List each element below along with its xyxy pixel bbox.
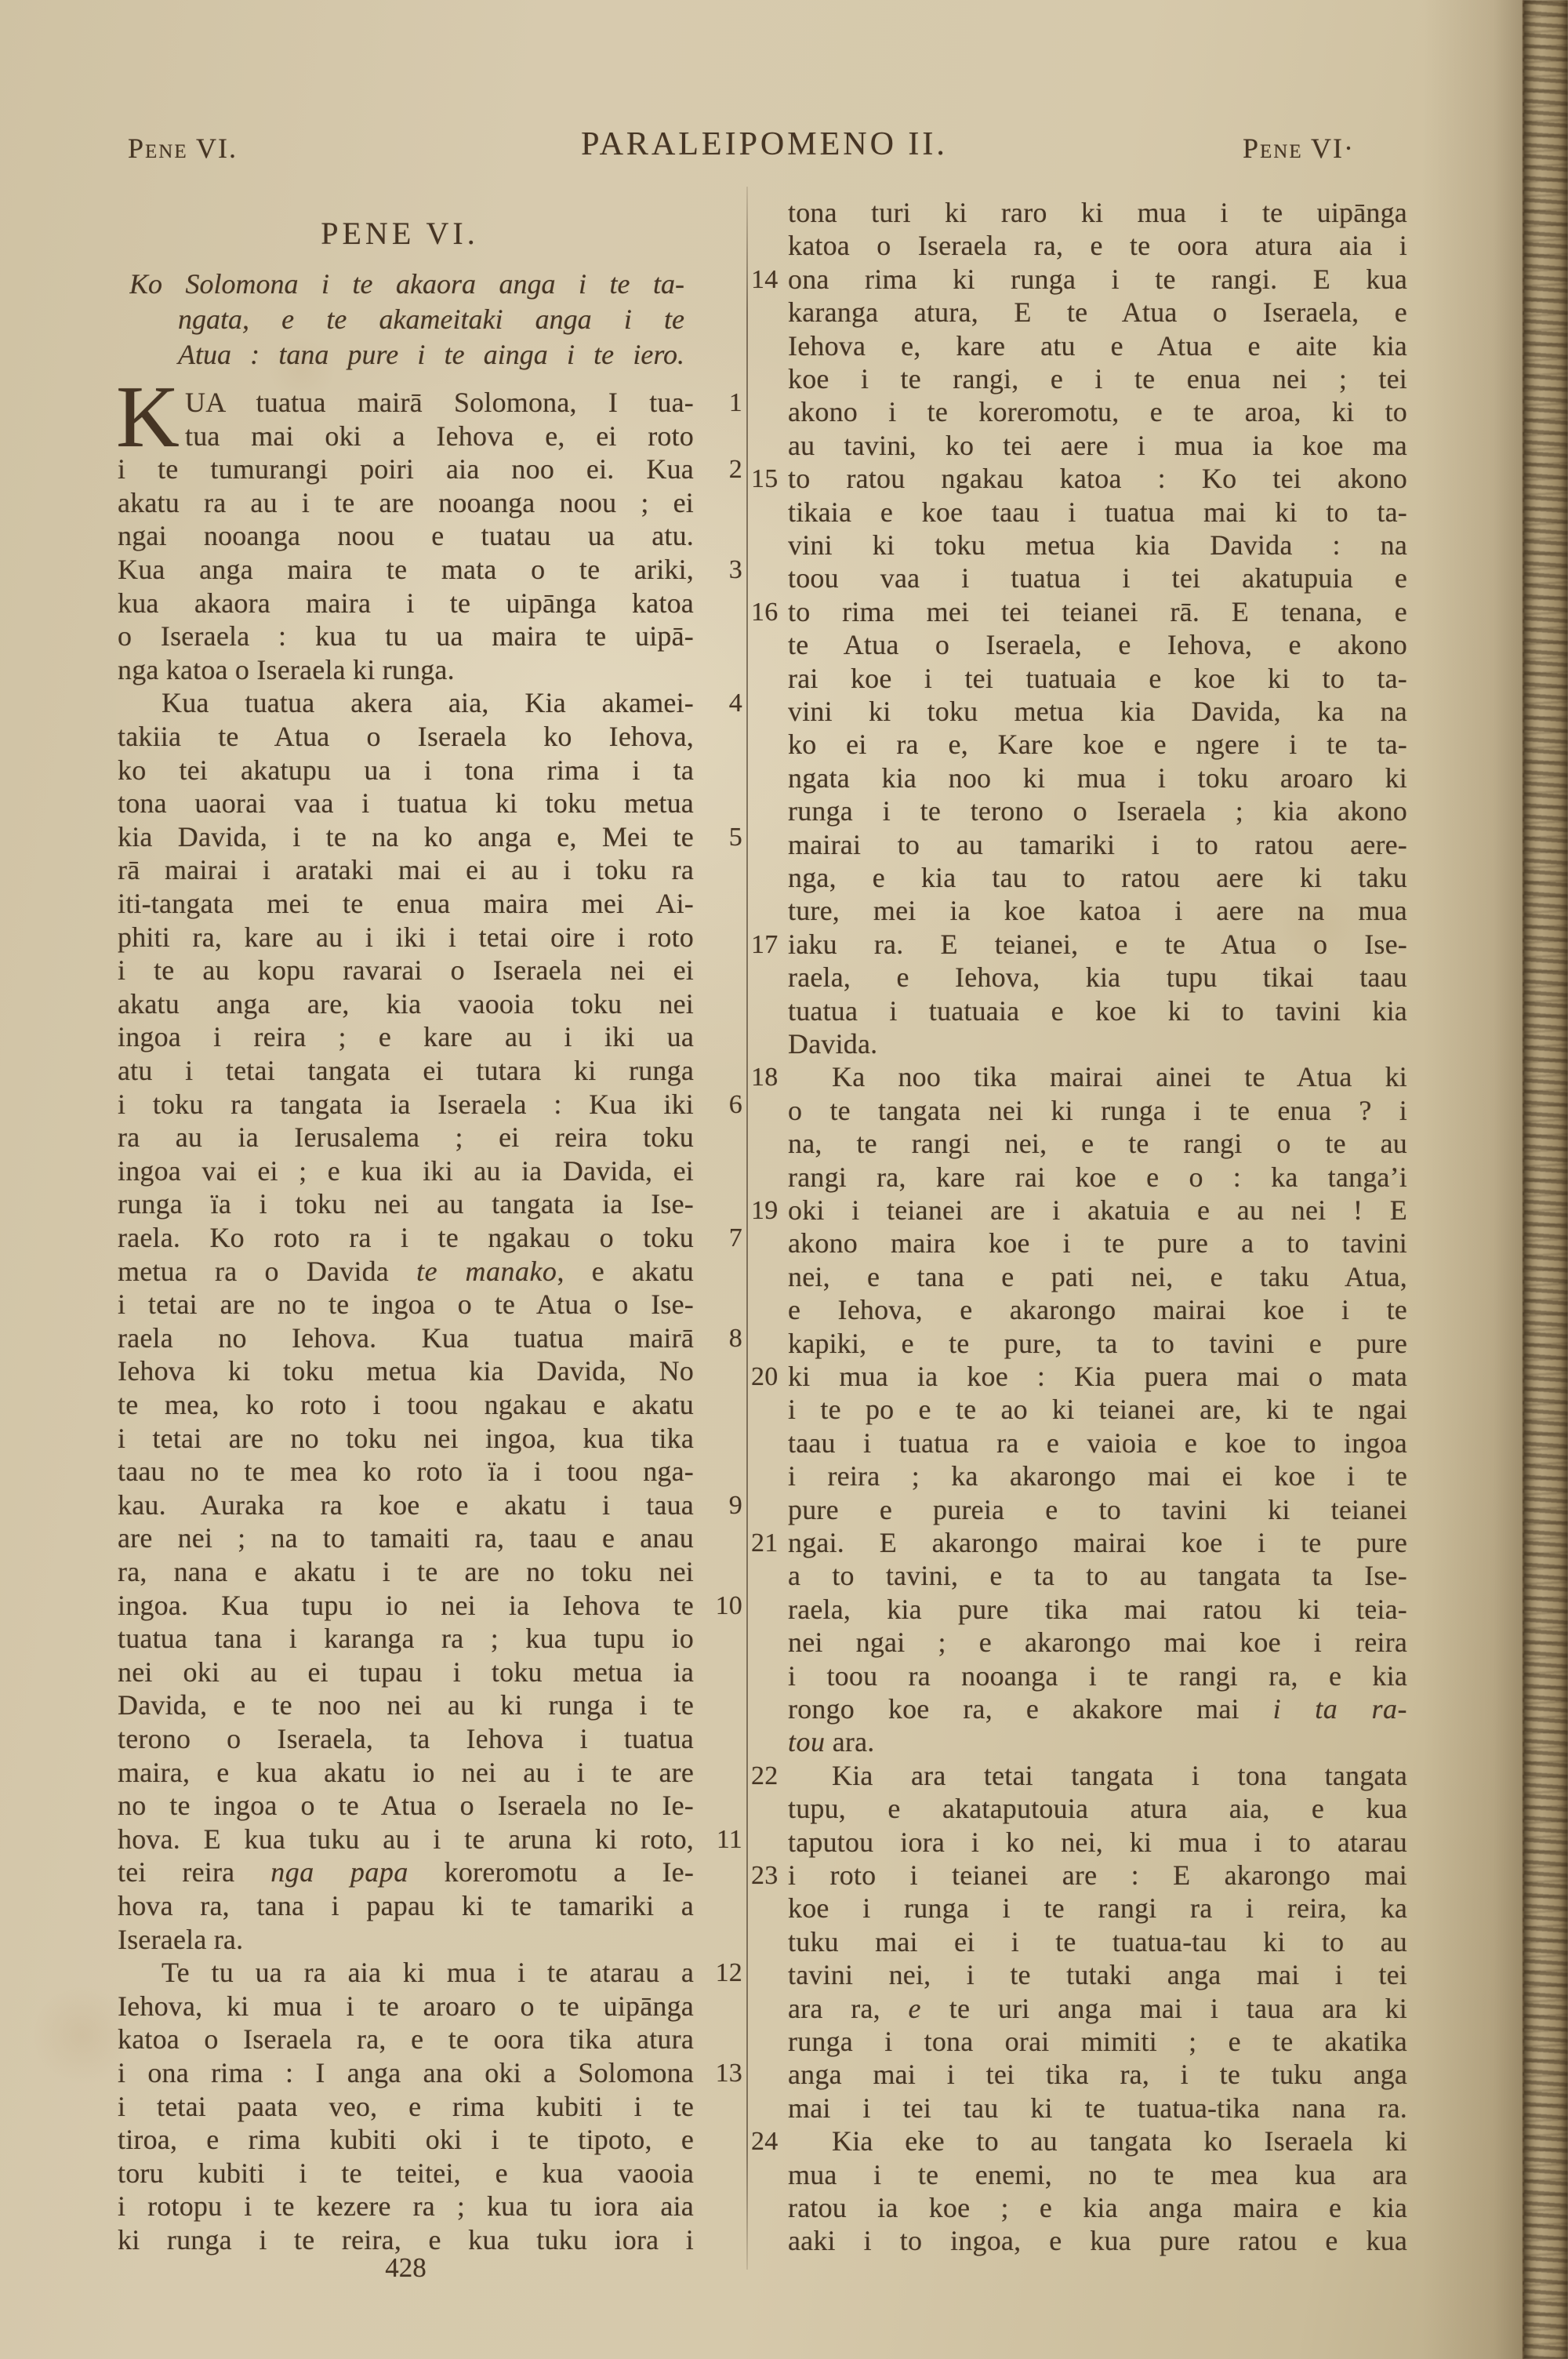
text-line: ngai nooanga noou e tuatau ua atu.: [118, 519, 694, 553]
verse-number: 8: [702, 1321, 742, 1355]
text-line: Kua tuatua akera aia, Kia akamei-: [118, 686, 694, 720]
text-line: to ratou ngakau katoa : Ko tei akono: [788, 462, 1407, 496]
text-line: ona rima ki runga i te rangi. E kua: [788, 263, 1407, 296]
text-line: vini ki toku metua kia Davida, ka na: [788, 695, 1407, 729]
text-line: tuatua i tuatuaia e koe ki to tavini kia: [788, 994, 1407, 1028]
text-line: rangi ra, kare rai koe e o : ka tanga’i: [788, 1161, 1407, 1194]
text-line: takiia te Atua o Iseraela ko Iehova,: [118, 720, 694, 754]
verse-number: 6: [702, 1088, 742, 1121]
verse-number: 1: [702, 386, 742, 420]
running-head-title: PARALEIPOMENO II.: [118, 125, 1411, 163]
text-line: tua mai oki a Iehova e, ei roto: [118, 420, 694, 453]
verse-number: 10: [702, 1589, 742, 1623]
verse-number: 17: [751, 928, 784, 961]
text-line: pure e pureia e to tavini ki teianei: [788, 1493, 1407, 1527]
text-line: i te au kopu ravarai o Iseraela nei ei: [118, 954, 694, 987]
text-line: akatu anga are, kia vaooia toku nei: [118, 987, 694, 1021]
text-line: rā mairai i arataki mai ei au i toku ra: [118, 853, 694, 887]
column-divider-rule: [746, 187, 748, 2270]
text-line: Iehova e, kare atu e Atua e aite kia: [788, 329, 1407, 363]
page-curve-shadow: [1422, 0, 1524, 2359]
text-line: ko ei ra e, Kare koe e ngere i te ta-: [788, 728, 1407, 761]
text-line: tei reira nga papa koreromotu a Ie-: [118, 1856, 694, 1889]
text-line: ingoa i reira ; e kare au i iki ua: [118, 1020, 694, 1054]
page-number: 428: [118, 2252, 694, 2284]
text-line: te Atua o Iseraela, e Iehova, e akono: [788, 628, 1407, 662]
text-line: tavini nei, i te tutaki anga mai i tei: [788, 1958, 1407, 1992]
verse-number: 7: [702, 1221, 742, 1255]
text-line: ko tei akatupu ua i tona rima i ta: [118, 754, 694, 787]
text-line: phiti ra, kare au i iki i tetai oire i r…: [118, 921, 694, 954]
text-line: tona turi ki raro ki mua i te uipānga: [788, 196, 1407, 230]
text-line: iaku ra. E teianei, e te Atua o Ise-: [788, 928, 1407, 961]
text-line: i toou ra nooanga i te rangi ra, e kia: [788, 1659, 1407, 1693]
verse-number: 11: [702, 1823, 742, 1856]
chapter-summary: Ko Solomona i te akaora anga i te ta-nga…: [129, 267, 684, 373]
text-line: rai koe i tei tuatuaia e koe ki to ta-: [788, 662, 1407, 696]
verse-number: 23: [751, 1859, 784, 1892]
text-line: Davida.: [788, 1027, 1407, 1061]
text-line: au tavini, ko tei aere i mua ia koe ma: [788, 429, 1407, 463]
chapter-heading: PENE VI.: [118, 215, 682, 252]
text-line: akatu ra au i te are nooanga noou ; ei: [118, 486, 694, 520]
text-line: toou vaa i tuatua i tei akatupuia e: [788, 562, 1407, 595]
text-line: te mea, ko roto i toou ngakau e akatu: [118, 1388, 694, 1422]
text-line: tikaia e koe taau i tuatua mai ki to ta-: [788, 496, 1407, 529]
text-line: Kia eke to au tangata ko Iseraela ki: [788, 2125, 1407, 2158]
text-line: i rotopu i te kezere ra ; kua tu iora ai…: [118, 2190, 694, 2223]
text-line: taputou iora i ko nei, ki mua i to atara…: [788, 1826, 1407, 1859]
text-line: raela, e Iehova, kia tupu tikai taau: [788, 961, 1407, 994]
text-line: i tetai are no te ingoa o te Atua o Ise-: [118, 1288, 694, 1321]
text-line: tiroa, e rima kubiti oki i te tipoto, e: [118, 2123, 694, 2157]
summary-line: ngata, e te akameitaki anga i te: [129, 302, 684, 337]
verse-number: 13: [702, 2056, 742, 2090]
book-page-scan: Pene VI. PARALEIPOMENO II. Pene VI· PENE…: [0, 0, 1568, 2359]
text-line: tuatua tana i karanga ra ; kua tupu io: [118, 1622, 694, 1656]
text-line: tou ara.: [788, 1725, 1407, 1759]
text-line: are nei ; na to tamaiti ra, taau e anau: [118, 1521, 694, 1555]
verse-number: 21: [751, 1526, 784, 1560]
text-line: akono maira koe i te pure a to tavini: [788, 1227, 1407, 1260]
text-line: mai i tei tau ki te tuatua-tika nana ra.: [788, 2092, 1407, 2125]
text-line: anga mai i tei tika ra, i te tuku anga: [788, 2058, 1407, 2092]
verse-number: 14: [751, 263, 784, 296]
text-line: i tetai paata veo, e rima kubiti i te: [118, 2090, 694, 2124]
text-line: vini ki toku metua kia Davida : na: [788, 529, 1407, 562]
text-line: aaki i to ingoa, e kua pure ratou e kua: [788, 2224, 1407, 2258]
text-line: toru kubiti i te teitei, e kua vaooia: [118, 2157, 694, 2190]
text-line: hova. E kua tuku au i te aruna ki roto,: [118, 1823, 694, 1856]
verse-number: 19: [751, 1194, 784, 1227]
text-line: no te ingoa o te Atua o Iseraela no Ie-: [118, 1789, 694, 1823]
text-line: ra, nana e akatu i te are no toku nei: [118, 1555, 694, 1589]
text-line: Ka noo tika mairai ainei te Atua ki: [788, 1060, 1407, 1094]
text-line: i tetai are no toku nei ingoa, kua tika: [118, 1422, 694, 1456]
text-line: raela. Ko roto ra i te ngakau o toku: [118, 1221, 694, 1255]
text-line: runga i te terono o Iseraela ; kia akono: [788, 794, 1407, 828]
verse-number: 18: [751, 1060, 784, 1094]
text-line: ra au ia Ierusalema ; ei reira toku: [118, 1121, 694, 1154]
text-line: UA tuatua mairā Solomona, I tua-: [118, 386, 694, 420]
text-line: ngata kia noo ki mua i toku aroaro ki: [788, 761, 1407, 795]
text-line: Kia ara tetai tangata i tona tangata: [788, 1759, 1407, 1793]
verse-number: 15: [751, 462, 784, 496]
text-line: ara ra, e te uri anga mai i taua ara ki: [788, 1992, 1407, 2026]
text-line: Te tu ua ra aia ki mua i te atarau a: [118, 1956, 694, 1990]
text-line: runga ïa i toku nei au tangata ia Ise-: [118, 1187, 694, 1221]
text-line: na, te rangi nei, e te rangi o te au: [788, 1127, 1407, 1161]
verse-number: 20: [751, 1360, 784, 1394]
summary-line: Ko Solomona i te akaora anga i te ta-: [129, 267, 684, 302]
text-line: tupu, e akataputouia atura aia, e kua: [788, 1792, 1407, 1826]
text-line: nei ngai ; e akarongo mai koe i reira: [788, 1626, 1407, 1659]
text-line: a to tavini, e ta to au tangata ta Ise-: [788, 1559, 1407, 1593]
text-line: katoa o Iseraela ra, e te oora tika atur…: [118, 2023, 694, 2056]
verse-number: 2: [702, 453, 742, 486]
text-line: nei oki au ei tupau i toku metua ia: [118, 1656, 694, 1689]
text-line: Iehova ki toku metua kia Davida, No: [118, 1354, 694, 1388]
text-line: i te po e te ao ki teianei are, ki te ng…: [788, 1393, 1407, 1427]
text-line: nga, e kia tau to ratou aere ki taku: [788, 861, 1407, 895]
verse-number: 12: [702, 1956, 742, 1990]
running-head-right: Pene VI·: [1243, 132, 1355, 165]
text-line: kapiki, e te pure, ta to tavini e pure: [788, 1327, 1407, 1361]
text-line: Davida, e te noo nei au ki runga i te: [118, 1688, 694, 1722]
verse-number: 5: [702, 820, 742, 854]
text-line: kua akaora maira i te uipānga katoa: [118, 587, 694, 620]
text-line: o Iseraela : kua tu ua maira te uipā-: [118, 620, 694, 653]
text-line: tona uaorai vaa i tuatua ki toku metua: [118, 787, 694, 820]
text-line: iti-tangata mei te enua maira mei Ai-: [118, 887, 694, 921]
text-line: hova ra, tana i papau ki te tamariki a: [118, 1889, 694, 1923]
text-line: ture, mei ia koe katoa i aere na mua: [788, 894, 1407, 928]
text-line: i ona rima : I anga ana oki a Solomona: [118, 2056, 694, 2090]
verse-number: 24: [751, 2125, 784, 2158]
text-line: i te tumurangi poiri aia noo ei. Kua: [118, 453, 694, 486]
text-line: nei, e tana e pati nei, e taku Atua,: [788, 1260, 1407, 1294]
text-line: koe i runga i te rangi ra i reira, ka: [788, 1892, 1407, 1925]
text-line: tuku mai ei i te tuatua-tau ki to au: [788, 1925, 1407, 1959]
text-line: rongo koe ra, e akakore mai i ta ra-: [788, 1692, 1407, 1726]
text-line: oki i teianei are i akatuia e au nei ! E: [788, 1194, 1407, 1227]
text-line: raela no Iehova. Kua tuatua mairā: [118, 1321, 694, 1355]
text-line: runga i tona orai mimiti ; e te akatika: [788, 2025, 1407, 2059]
book-fore-edge: [1523, 0, 1568, 2359]
text-line: metua ra o Davida te manako, e akatu: [118, 1255, 694, 1289]
text-line: Iehova, ki mua i te aroaro o te uipānga: [118, 1990, 694, 2023]
text-line: ingoa vai ei ; e kua iki au ia Davida, e…: [118, 1154, 694, 1188]
text-line: to rima mei tei teianei rā. E tenana, e: [788, 595, 1407, 629]
text-line: i reira ; ka akarongo mai ei koe i te: [788, 1459, 1407, 1493]
text-line: katoa o Iseraela ra, e te oora atura aia…: [788, 229, 1407, 263]
verse-number: 4: [702, 686, 742, 720]
text-line: ngai. E akarongo mairai koe i te pure: [788, 1526, 1407, 1560]
text-line: taau no te mea ko roto ïa i toou nga-: [118, 1455, 694, 1488]
text-line: kia Davida, i te na ko anga e, Mei te: [118, 820, 694, 854]
text-line: Iseraela ra.: [118, 1923, 694, 1957]
verse-number: 9: [702, 1488, 742, 1522]
text-line: maira, e kua akatu io nei au i te are: [118, 1756, 694, 1790]
text-line: o te tangata nei ki runga i te enua ? i: [788, 1094, 1407, 1128]
text-line: koe i te rangi, e i te enua nei ; tei: [788, 362, 1407, 396]
text-line: Kua anga maira te mata o te ariki,: [118, 553, 694, 587]
text-line: ki mua ia koe : Kia puera mai o mata: [788, 1360, 1407, 1394]
text-line: karanga atura, E te Atua o Iseraela, e: [788, 296, 1407, 329]
text-line: atu i tetai tangata ei tutara ki runga: [118, 1054, 694, 1088]
text-line: ratou ia koe ; e kia anga maira e kia: [788, 2191, 1407, 2225]
text-line: akono i te koreromotu, e te aroa, ki to: [788, 395, 1407, 429]
text-line: i roto i teianei are : E akarongo mai: [788, 1859, 1407, 1892]
text-line: mairai to au tamariki i to ratou aere-: [788, 828, 1407, 862]
summary-line: Atua : tana pure i te ainga i te iero.: [129, 337, 684, 373]
text-line: nga katoa o Iseraela ki runga.: [118, 653, 694, 687]
text-line: e Iehova, e akarongo mairai koe i te: [788, 1293, 1407, 1327]
text-line: ingoa. Kua tupu io nei ia Iehova te: [118, 1589, 694, 1623]
text-line: mua i te enemi, no te mea kua ara: [788, 2158, 1407, 2192]
text-line: raela, kia pure tika mai ratou ki teia-: [788, 1593, 1407, 1627]
text-line: i toku ra tangata ia Iseraela : Kua iki: [118, 1088, 694, 1121]
verse-number: 3: [702, 553, 742, 587]
verse-number: 16: [751, 595, 784, 629]
text-line: taau i tuatua ra e vaioia e koe to ingoa: [788, 1427, 1407, 1460]
text-line: kau. Auraka ra koe e akatu i taua: [118, 1488, 694, 1522]
verse-number: 22: [751, 1759, 784, 1793]
text-line: terono o Iseraela, ta Iehova i tuatua: [118, 1722, 694, 1756]
